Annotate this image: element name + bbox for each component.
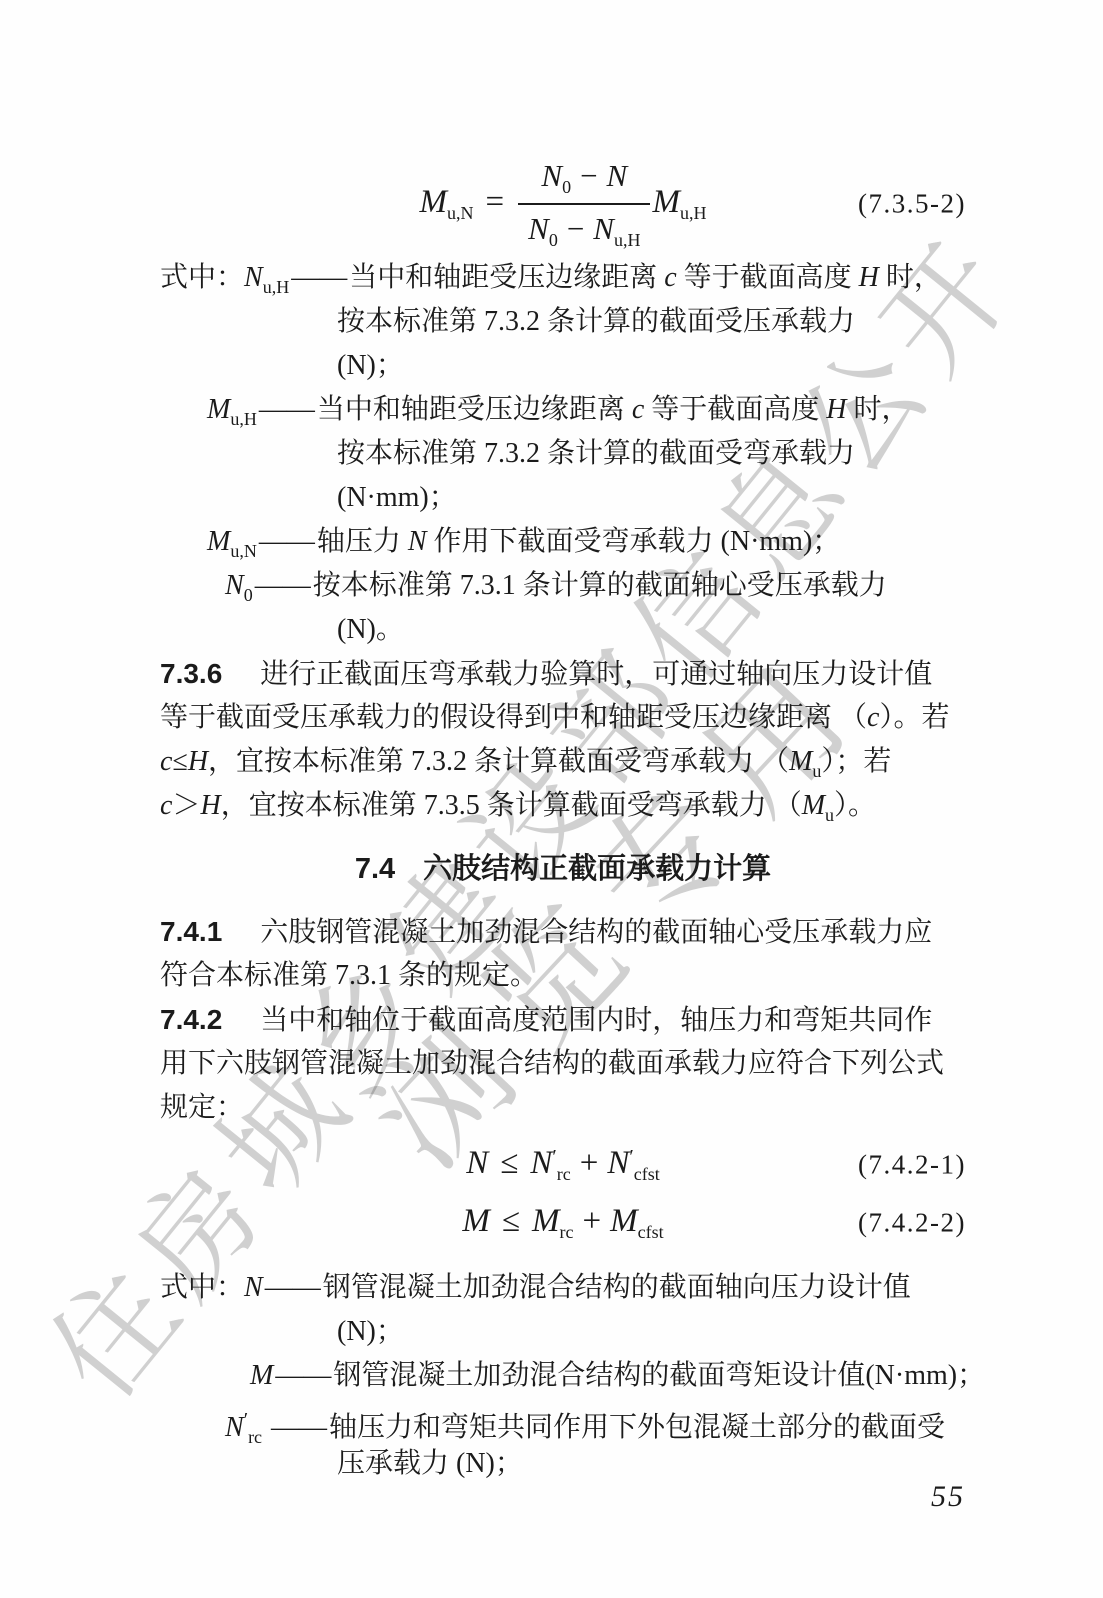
text-line: 式中：N——钢管混凝土加劲混合结构的截面轴向压力设计值 [160, 1266, 966, 1310]
math-subscript: rc [248, 1427, 262, 1447]
math-variable: M [207, 394, 230, 425]
math-variable: c [867, 702, 879, 733]
text-segment: (N·mm)； [337, 482, 457, 513]
math-variable: N [530, 1145, 552, 1181]
fraction-denominator: N0−Nu,H [518, 205, 650, 251]
definition-list-2: 式中：N——钢管混凝土加劲混合结构的截面轴向压力设计值(N)；M——钢管混凝土加… [160, 1266, 966, 1486]
text-line: 式中：Nu,H——当中和轴距受压边缘距离 c 等于截面高度 H 时， [160, 256, 966, 300]
text-line: N0——按本标准第 7.3.1 条计算的截面轴心受压承载力 [160, 564, 966, 608]
text-segment: 符合本标准第 7.3.1 条的规定。 [160, 960, 538, 991]
math-variable: c [160, 790, 172, 821]
text-segment: ≤ [172, 746, 187, 777]
section-title: 六肢结构正截面承载力计算 [423, 853, 771, 885]
math-subscript: u,H [680, 203, 707, 223]
math-subscript: rc [557, 1164, 571, 1184]
text-segment: ，宜按本标准第 7.3.5 条计算截面受弯承载力 （ [221, 790, 802, 821]
text-line: N′rc ——轴压力和弯矩共同作用下外包混凝土部分的截面受 [160, 1398, 966, 1442]
equals-sign: = [486, 184, 505, 220]
equation-7352: Mu,N= N0−N N0−Nu,H Mu,H (7.3.5-2) [160, 152, 966, 256]
math-variable: c [160, 746, 172, 777]
text-segment: 轴压力 [317, 526, 408, 557]
text-segment: 规定： [160, 1092, 244, 1123]
text-line: (N)。 [160, 608, 966, 652]
math-subscript: cfst [634, 1164, 660, 1184]
text-segment: 轴压力和弯矩共同作用下外包混凝土部分的截面受 [329, 1412, 945, 1443]
definition-dash: —— [255, 570, 311, 601]
page-content: Mu,N= N0−N N0−Nu,H Mu,H (7.3.5-2) 式中：Nu,… [160, 152, 966, 1486]
math-variable: N [541, 158, 562, 193]
text-segment: 用下六肢钢管混凝土加劲混合结构的截面承载力应符合下列公式 [160, 1048, 944, 1079]
text-line: (N·mm)； [160, 476, 966, 520]
equation-body: M≤Mrc+Mcfst [462, 1203, 663, 1243]
text-line: 等于截面受压承载力的假设得到中和轴距受压边缘距离 （c）。若 [160, 696, 966, 740]
page-number: 55 [931, 1480, 965, 1514]
text-line: 按本标准第 7.3.2 条计算的截面受压承载力 [160, 300, 966, 344]
text-segment: 钢管混凝土加劲混合结构的截面轴向压力设计值 [323, 1272, 911, 1303]
math-variable: N [593, 211, 614, 246]
fraction: N0−N N0−Nu,H [518, 158, 650, 250]
clause-number: 7.3.6 [160, 658, 222, 689]
math-subscript: u,H [614, 230, 641, 250]
math-variable: N [244, 1272, 263, 1303]
text-segment: (N)； [337, 1316, 404, 1347]
equation-lhs: Mu,N= [420, 184, 517, 224]
text-line: (N)； [160, 1310, 966, 1354]
plus-sign: + [580, 1145, 599, 1181]
math-variable: N [528, 211, 549, 246]
equation-7422: M≤Mrc+Mcfst (7.4.2-2) [160, 1194, 966, 1252]
text-line: 用下六肢钢管混凝土加劲混合结构的截面承载力应符合下列公式 [160, 1042, 966, 1086]
text-segment: 压承载力 (N)； [337, 1448, 523, 1479]
math-subscript: u,H [263, 277, 290, 297]
math-subscript: 0 [562, 177, 571, 197]
text-line: Mu,H——当中和轴距受压边缘距离 c 等于截面高度 H 时， [160, 388, 966, 432]
text-segment: 当中和轴距受压边缘距离 [349, 262, 664, 293]
math-variable: M [532, 1203, 560, 1239]
text-line: 压承载力 (N)； [160, 1442, 966, 1486]
equation-number: (7.4.2-2) [858, 1208, 966, 1239]
minus-sign: − [580, 158, 597, 193]
text-segment: ）。若 [879, 702, 949, 733]
definition-dash: —— [259, 394, 315, 425]
text-line: (N)； [160, 344, 966, 388]
text-segment: 六肢钢管混凝土加劲混合结构的截面轴心受压承载力应 [260, 917, 932, 948]
math-variable: N [225, 570, 244, 601]
text-segment: ）。 [834, 790, 876, 821]
math-variable: M [789, 746, 812, 777]
text-segment: 时， [847, 394, 910, 425]
clause-7-4-2: 7.4.2当中和轴位于截面高度范围内时，轴压力和弯矩共同作用下六肢钢管混凝土加劲… [160, 998, 966, 1130]
math-variable: N [607, 1145, 629, 1181]
text-line: c＞H，宜按本标准第 7.3.5 条计算截面受弯承载力 （Mu）。 [160, 784, 966, 828]
text-segment: (N)。 [337, 614, 404, 645]
equation-body: N≤N′rc+N′cfst [466, 1145, 660, 1185]
math-variable: M [462, 1203, 490, 1239]
text-segment: 式中： [160, 1272, 244, 1303]
plus-sign: + [582, 1203, 601, 1239]
math-subscript: 0 [244, 585, 253, 605]
math-variable: c [632, 394, 644, 425]
text-line: 7.4.1六肢钢管混凝土加劲混合结构的截面轴心受压承载力应 [160, 910, 966, 954]
text-line: Mu,N——轴压力 N 作用下截面受弯承载力 (N·mm)； [160, 520, 966, 564]
fraction-numerator: N0−N [518, 158, 650, 205]
text-segment: ＞ [172, 790, 200, 821]
text-line: 符合本标准第 7.3.1 条的规定。 [160, 954, 966, 998]
text-line: 7.3.6进行正截面压弯承载力验算时，可通过轴向压力设计值 [160, 652, 966, 696]
text-line: c≤H，宜按本标准第 7.3.2 条计算截面受弯承载力 （Mu）；若 [160, 740, 966, 784]
text-segment: (N)； [337, 350, 404, 381]
text-segment: ，宜按本标准第 7.3.2 条计算截面受弯承载力 （ [208, 746, 789, 777]
section-number: 7.4 [355, 853, 395, 885]
math-variable: N [607, 158, 628, 193]
math-variable: H [188, 746, 208, 777]
math-variable: M [652, 184, 680, 220]
definition-dash: —— [259, 526, 315, 557]
equation-rhs: Mu,H [652, 184, 706, 224]
math-variable: M [610, 1203, 638, 1239]
math-variable: c [664, 262, 676, 293]
clause-number: 7.4.1 [160, 916, 222, 947]
math-subscript: u,N [447, 203, 474, 223]
math-variable: M [420, 184, 448, 220]
text-segment: 当中和轴位于截面高度范围内时，轴压力和弯矩共同作 [260, 1005, 932, 1036]
math-variable: N [408, 526, 427, 557]
text-segment: 等于截面高度 [677, 262, 859, 293]
math-variable: M [802, 790, 825, 821]
text-segment: 等于截面受压承载力的假设得到中和轴距受压边缘距离 （ [160, 702, 867, 733]
equation-number: (7.3.5-2) [858, 189, 966, 220]
text-line: 规定： [160, 1086, 966, 1130]
clause-7-3-6: 7.3.6进行正截面压弯承载力验算时，可通过轴向压力设计值等于截面受压承载力的假… [160, 652, 966, 828]
definition-list-1: 式中：Nu,H——当中和轴距受压边缘距离 c 等于截面高度 H 时，按本标准第 … [160, 256, 966, 652]
definition-dash: —— [291, 262, 347, 293]
text-segment: 钢管混凝土加劲混合结构的截面弯矩设计值(N·mm)； [333, 1360, 985, 1391]
less-equal-sign: ≤ [500, 1145, 518, 1181]
definition-dash: —— [275, 1360, 331, 1391]
math-variable: M [207, 526, 230, 557]
text-segment: 等于截面高度 [644, 394, 826, 425]
text-segment: 时， [879, 262, 942, 293]
text-segment: ）；若 [821, 746, 891, 777]
text-line: 7.4.2当中和轴位于截面高度范围内时，轴压力和弯矩共同作 [160, 998, 966, 1042]
math-variable: N [225, 1412, 244, 1443]
math-variable: H [859, 262, 879, 293]
math-variable: N [244, 262, 263, 293]
math-subscript: u,N [230, 541, 257, 561]
definition-dash: —— [264, 1412, 327, 1443]
text-segment: 按本标准第 7.3.2 条计算的截面受弯承载力 [337, 438, 855, 469]
equation-7421: N≤N′rc+N′cfst (7.4.2-1) [160, 1136, 966, 1194]
clause-number: 7.4.2 [160, 1004, 222, 1035]
text-segment: 按本标准第 7.3.1 条计算的截面轴心受压承载力 [313, 570, 887, 601]
math-subscript: cfst [638, 1222, 664, 1242]
text-segment: 式中： [160, 262, 244, 293]
math-subscript: rc [560, 1222, 574, 1242]
text-segment: 当中和轴距受压边缘距离 [317, 394, 632, 425]
math-variable: N [466, 1145, 488, 1181]
text-line: M——钢管混凝土加劲混合结构的截面弯矩设计值(N·mm)； [160, 1354, 966, 1398]
document-page: 住房城乡建设部信息公开 浏览专用 Mu,N= N0−N N0−Nu,H Mu,H… [0, 0, 1103, 1598]
math-subscript: u,H [230, 409, 257, 429]
equation-number: (7.4.2-1) [858, 1150, 966, 1181]
section-heading: 7.4六肢结构正截面承载力计算 [160, 846, 966, 892]
text-segment: 进行正截面压弯承载力验算时，可通过轴向压力设计值 [260, 659, 932, 690]
minus-sign: − [567, 211, 584, 246]
text-segment: 作用下截面受弯承载力 (N·mm)； [427, 526, 841, 557]
text-segment: 按本标准第 7.3.2 条计算的截面受压承载力 [337, 306, 855, 337]
math-variable: M [250, 1360, 273, 1391]
text-line: 按本标准第 7.3.2 条计算的截面受弯承载力 [160, 432, 966, 476]
math-variable: H [826, 394, 846, 425]
definition-dash: —— [265, 1272, 321, 1303]
math-variable: H [200, 790, 220, 821]
clause-7-4-1: 7.4.1六肢钢管混凝土加劲混合结构的截面轴心受压承载力应符合本标准第 7.3.… [160, 910, 966, 998]
math-subscript: 0 [549, 230, 558, 250]
less-equal-sign: ≤ [502, 1203, 520, 1239]
math-subscript: u [825, 805, 834, 825]
